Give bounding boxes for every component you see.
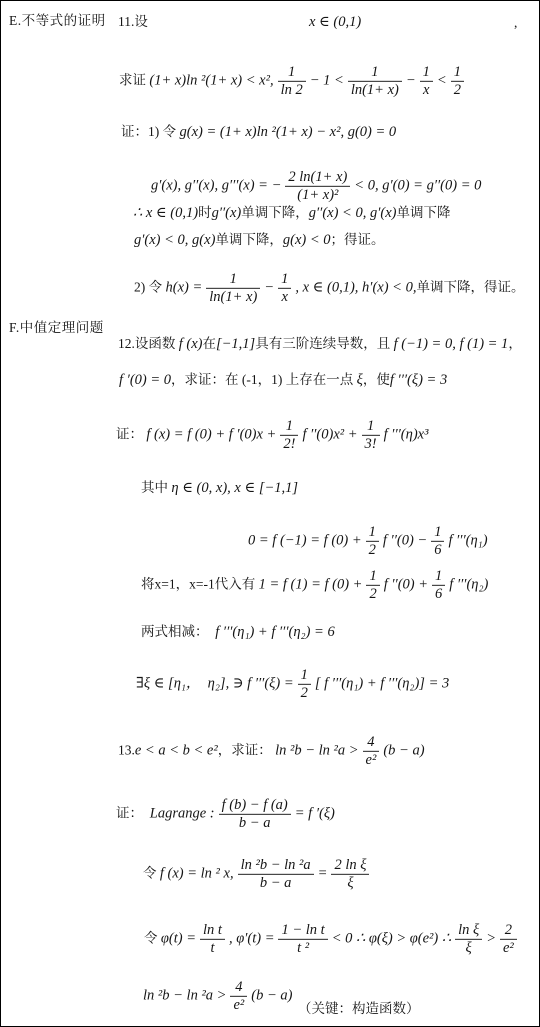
math-run: > — [486, 931, 496, 947]
math-run: [−1,1] — [216, 336, 255, 352]
fraction-numerator: 2 ln(1+ x) — [285, 169, 350, 187]
fraction: 13! — [362, 418, 380, 452]
proof-11-monotone-1: ∴ x ∈ (0,1)时g′′(x)单调下降，g′′(x) < 0, g′(x)… — [133, 203, 451, 223]
proof-12-taylor: 证： f (x) = f (0) + f ′(0)x +12!f ′′(0)x²… — [116, 418, 428, 452]
math-run: = — [318, 866, 328, 882]
fraction: ln ξξ — [455, 922, 482, 956]
fraction-denominator: 2 — [451, 82, 464, 99]
text-run: 2) 令 — [134, 280, 166, 295]
fraction-denominator: t — [200, 940, 225, 957]
text-run: ，求证：在 (-1，1) 上存在一点 — [171, 372, 357, 387]
fraction: 16 — [431, 524, 444, 558]
text-run: 单调下降， — [215, 232, 283, 247]
math-run: g(x) = (1+ x)ln ²(1+ x) − x², g(0) = 0 — [180, 124, 397, 140]
math-run: g′(x) < 0, g(x) — [134, 232, 215, 248]
fraction-denominator: 6 — [432, 586, 445, 603]
math-run: (b − a) — [383, 743, 424, 759]
math-run: f ′(0) = 0 — [119, 372, 171, 388]
problem-13-statement: 13.e < a < b < e²，求证： ln ²b − ln ²a >4e²… — [118, 734, 425, 768]
fraction: 12 — [298, 667, 311, 701]
section-label-inequality-proof: E.不等式的证明 — [9, 9, 106, 29]
fraction: ln tt — [200, 922, 225, 956]
math-run: f ′′(0) + — [384, 577, 428, 593]
text-run: 证： — [116, 427, 146, 442]
fraction-denominator: ln 2 — [278, 82, 306, 99]
math-run: g′′(x) — [212, 205, 242, 221]
proof-12-eq1: 0 = f (−1) = f (0) +12f ′′(0) −16f ′′′(η… — [248, 524, 488, 558]
text-run: 单调下降，得证。 — [416, 280, 524, 295]
fraction-denominator: e² — [230, 997, 247, 1014]
math-run: g′′(x) < 0, g′(x) — [309, 205, 397, 221]
math-run: f (x) = f (0) + f ′(0)x + — [146, 427, 276, 443]
math-run: e < a < b < e² — [135, 743, 218, 759]
problem-11-claim: 求证 (1+ x)ln ²(1+ x) < x²,1ln 2− 1 <1ln(1… — [119, 64, 468, 98]
fraction: 2e² — [500, 922, 517, 956]
math-run: h(x) = — [166, 280, 203, 296]
math-run: 1 = f (1) = f (0) + — [259, 577, 363, 593]
fraction-denominator: b − a — [219, 815, 291, 832]
text-run: 具有三阶连续导数，且 — [255, 336, 393, 351]
math-run: [ f ′′′(η₁) + f ′′′(η₂)] = 3 — [315, 676, 449, 692]
fraction-numerator: 1 — [362, 418, 380, 436]
math-run: x ∈ (0,1) — [309, 14, 361, 30]
fraction-numerator: 1 — [420, 64, 433, 82]
text-run: 其中 — [141, 480, 171, 495]
fraction: 12! — [280, 418, 298, 452]
math-run: f (x) — [179, 336, 203, 352]
math-run: (1+ x)ln ²(1+ x) < x², — [149, 73, 273, 89]
math-run: η ∈ (0, x), x ∈ [−1,1] — [171, 480, 298, 496]
math-run: = f ′(ξ) — [295, 806, 335, 822]
problem-11-label: 11.设 — [118, 12, 148, 32]
fraction: 1x — [420, 64, 433, 98]
text-run: 令 — [144, 931, 161, 946]
fraction-numerator: 1 — [431, 524, 444, 542]
proof-13-let-f: 令 f (x) = ln ² x,ln ²b − ln ²ab − a=2 ln… — [143, 857, 373, 891]
fraction-denominator: e² — [363, 752, 380, 769]
fraction-numerator: 1 — [280, 418, 298, 436]
math-run: < 0 ∴ φ(ξ) > φ(e²) ∴ — [332, 931, 451, 947]
fraction-numerator: 1 — [348, 64, 402, 82]
math-run: − 1 < — [310, 73, 344, 89]
text-run: （关键：构造函数） — [298, 1001, 420, 1016]
text-run: 令 — [143, 866, 160, 881]
document-page: E.不等式的证明 F.中值定理问题 11.设x ∈ (0,1),求证 (1+ x… — [0, 0, 540, 1027]
math-run: ∃ξ ∈ [η₁， η₂], ∋ f ′′′(ξ) = — [136, 676, 294, 692]
fraction-numerator: 1 — [366, 568, 379, 586]
text-run: ；得证。 — [331, 232, 385, 247]
math-run: Lagrange : — [150, 806, 215, 822]
proof-11-monotone-2: g′(x) < 0, g(x)单调下降，g(x) < 0；得证。 — [134, 230, 385, 250]
math-run: φ(t) = — [161, 931, 196, 947]
fraction-numerator: 1 — [451, 64, 464, 82]
fraction-numerator: ln ²b − ln ²a — [238, 857, 314, 875]
problem-12-statement-2: f ′(0) = 0，求证：在 (-1，1) 上存在一点 ξ，使f ′′′(ξ)… — [119, 370, 447, 390]
fraction-denominator: 2 — [366, 586, 379, 603]
fraction: 1ln(1+ x) — [348, 64, 402, 98]
fraction-denominator: e² — [500, 940, 517, 957]
fraction-denominator: x — [420, 82, 433, 99]
fraction: ln ²b − ln ²ab − a — [238, 857, 314, 891]
text-run: 证： — [116, 806, 150, 821]
fraction-numerator: 1 — [432, 568, 445, 586]
math-run: f ′′(0) − — [383, 533, 427, 549]
math-run: f ′′′(η₂) — [449, 577, 488, 593]
text-run: ，使 — [363, 372, 390, 387]
fraction-numerator: f (b) − f (a) — [219, 797, 291, 815]
problem-12-statement-1: 12.设函数 f (x)在[−1,1]具有三阶连续导数，且 f (−1) = 0… — [118, 334, 522, 354]
proof-13-let-phi: 令 φ(t) =ln tt, φ′(t) =1 − ln tt ²< 0 ∴ φ… — [144, 922, 521, 956]
fraction: 12 — [451, 64, 464, 98]
key-note: （关键：构造函数） — [298, 999, 420, 1019]
fraction-numerator: 2 — [500, 922, 517, 940]
text-run: 求证 — [119, 73, 149, 88]
text-run: ，求证： — [218, 743, 275, 758]
text-run: 单调下降， — [241, 205, 309, 220]
fraction-denominator: x — [278, 289, 291, 306]
proof-12-eq2: 将x=1，x=-1代入有 1 = f (1) = f (0) +12f ′′(0… — [141, 568, 488, 602]
fraction-denominator: (1+ x)² — [285, 187, 350, 204]
proof-11-derivatives: g′(x), g′′(x), g′′′(x) = −2 ln(1+ x)(1+ … — [151, 169, 481, 203]
proof-12-conclusion: ∃ξ ∈ [η₁， η₂], ∋ f ′′′(ξ) =12[ f ′′′(η₁)… — [136, 667, 449, 701]
math-run: − — [406, 73, 416, 89]
math-run: f (−1) = 0, f (1) = 1 — [394, 336, 509, 352]
text-run: 将x=1，x=-1代入有 — [141, 577, 259, 592]
fraction-denominator: 3! — [362, 436, 380, 453]
fraction-denominator: 6 — [431, 542, 444, 559]
fraction-denominator: 2 — [298, 685, 311, 702]
fraction-denominator: t ² — [278, 940, 327, 957]
math-run: f ′′′(η)x³ — [384, 427, 429, 443]
section-label-mean-value-theorem: F.中值定理问题 — [9, 316, 104, 336]
fraction-denominator: b − a — [238, 875, 314, 892]
text-run: 证：1) 令 — [121, 124, 180, 139]
fraction-numerator: 1 — [278, 271, 291, 289]
math-run: (b − a) — [251, 988, 292, 1004]
fraction-denominator: 2! — [280, 436, 298, 453]
fraction-numerator: 4 — [230, 979, 247, 997]
text-run: ， — [508, 336, 522, 351]
math-run: , x ∈ (0,1), h′(x) < 0, — [295, 280, 416, 296]
fraction: 1 − ln tt ² — [278, 922, 327, 956]
fraction: f (b) − f (a)b − a — [219, 797, 291, 831]
fraction-numerator: ln ξ — [455, 922, 482, 940]
math-run: g(x) < 0 — [283, 232, 331, 248]
math-run: f ′′(0)x² + — [302, 427, 357, 443]
math-run: < — [437, 73, 447, 89]
math-run: f ′′′(η₁) — [448, 533, 487, 549]
fraction-numerator: 4 — [363, 734, 380, 752]
fraction: 1x — [278, 271, 291, 305]
math-run: ∴ x ∈ (0,1) — [133, 205, 198, 221]
text-run: 单调下降 — [397, 205, 451, 220]
fraction-denominator: ln(1+ x) — [206, 289, 260, 306]
fraction-denominator: 2 — [366, 542, 379, 559]
text-run: 在 — [203, 336, 217, 351]
proof-12-where: 其中 η ∈ (0, x), x ∈ [−1,1] — [141, 478, 298, 498]
proof-13-result: ln ²b − ln ²a >4e²(b − a) — [143, 979, 292, 1013]
text-run: 11.设 — [118, 14, 148, 29]
fraction: 1ln 2 — [278, 64, 306, 98]
text-run: , — [514, 15, 517, 30]
fraction-numerator: 1 — [366, 524, 379, 542]
fraction: 12 — [366, 568, 379, 602]
fraction-numerator: 1 − ln t — [278, 922, 327, 940]
math-run: < 0, g′(0) = g′′(0) = 0 — [354, 178, 481, 194]
math-run: − — [264, 280, 274, 296]
text-run: 两式相减： — [141, 624, 215, 639]
fraction-denominator: ξ — [331, 875, 369, 892]
fraction-numerator: ln t — [200, 922, 225, 940]
fraction: 4e² — [230, 979, 247, 1013]
math-run: g′(x), g′′(x), g′′′(x) = − — [151, 178, 281, 194]
text-run: 12.设函数 — [118, 336, 179, 351]
fraction-numerator: 1 — [278, 64, 306, 82]
math-run: f ′′′(η₁) + f ′′′(η₂) = 6 — [215, 624, 334, 640]
fraction: 2 ln ξξ — [331, 857, 369, 891]
proof-13-lagrange: 证： Lagrange :f (b) − f (a)b − a= f ′(ξ) — [116, 797, 335, 831]
text-run: 时 — [198, 205, 212, 220]
proof-11-step1: 证：1) 令 g(x) = (1+ x)ln ²(1+ x) − x², g(0… — [121, 122, 396, 142]
text-run: 13. — [118, 743, 135, 758]
fraction-denominator: ξ — [455, 940, 482, 957]
fraction: 2 ln(1+ x)(1+ x)² — [285, 169, 350, 203]
fraction-denominator: ln(1+ x) — [348, 82, 402, 99]
proof-11-step2: 2) 令 h(x) =1ln(1+ x)−1x, x ∈ (0,1), h′(x… — [134, 271, 524, 305]
math-run: ln ²b − ln ²a > — [275, 743, 358, 759]
fraction-numerator: 2 ln ξ — [331, 857, 369, 875]
math-run: f (x) = ln ² x, — [160, 866, 234, 882]
problem-11-comma: , — [514, 13, 517, 33]
fraction-numerator: 1 — [206, 271, 260, 289]
fraction: 12 — [366, 524, 379, 558]
math-run: 0 = f (−1) = f (0) + — [248, 533, 362, 549]
fraction: 1ln(1+ x) — [206, 271, 260, 305]
math-run: , φ′(t) = — [229, 931, 275, 947]
fraction: 16 — [432, 568, 445, 602]
fraction-numerator: 1 — [298, 667, 311, 685]
math-run: f ′′′(ξ) = 3 — [390, 372, 447, 388]
proof-12-subtract: 两式相减： f ′′′(η₁) + f ′′′(η₂) = 6 — [141, 622, 335, 642]
fraction: 4e² — [363, 734, 380, 768]
math-run: ln ²b − ln ²a > — [143, 988, 226, 1004]
problem-11-domain: x ∈ (0,1) — [309, 12, 361, 32]
